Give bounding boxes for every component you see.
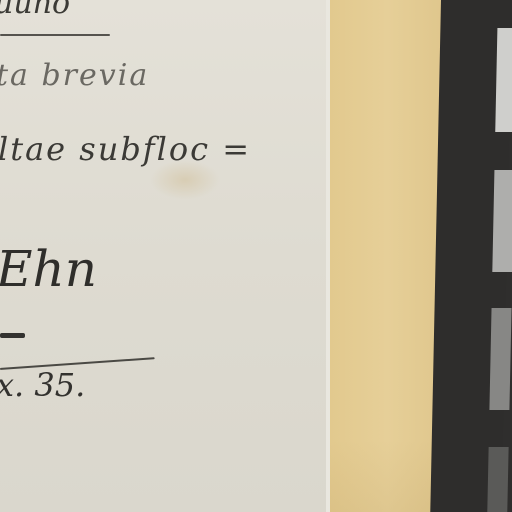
label-line-3: ltae subfloc =	[0, 130, 251, 168]
label-line-4: Ehn	[0, 240, 97, 298]
label-date: x. 35.	[0, 366, 85, 404]
gray-patch-3	[489, 308, 511, 410]
yellow-strip-stain	[330, 440, 445, 512]
dash-mark	[0, 333, 25, 338]
gray-patch-2	[492, 170, 512, 272]
gray-patch-1	[495, 28, 512, 132]
yellow-paper-strip	[330, 0, 445, 512]
gray-patch-4	[487, 447, 508, 512]
color-checker-strip	[430, 0, 512, 512]
label-line-2: ta brevia	[0, 58, 149, 93]
label-line-1: uuno	[0, 0, 70, 21]
underline	[0, 34, 110, 36]
herbarium-label: uuno ta brevia ltae subfloc = Ehn x. 35.	[0, 0, 332, 512]
